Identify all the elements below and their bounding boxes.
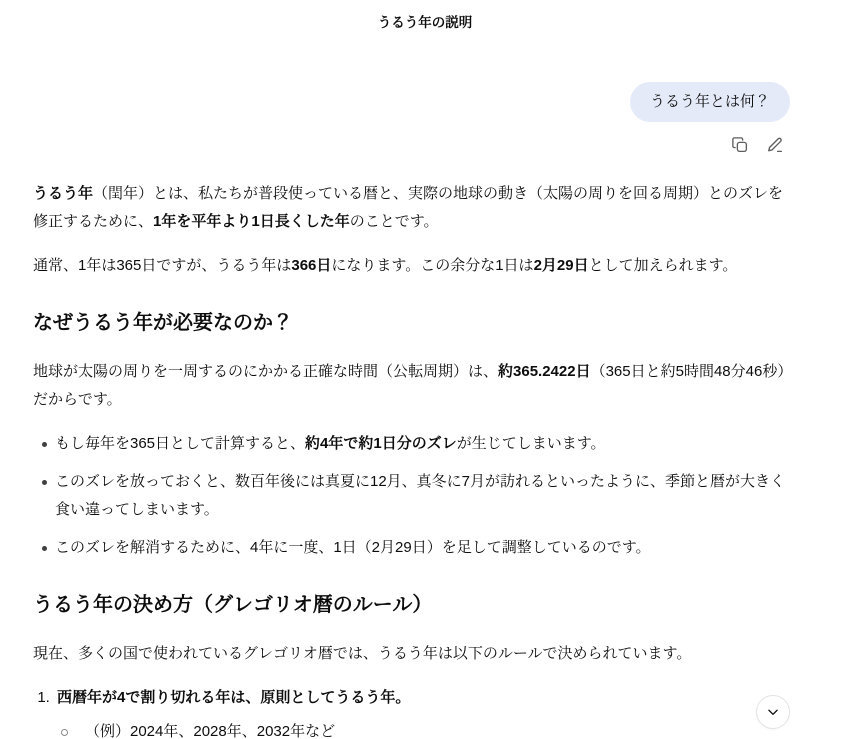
rule-text: 西暦年が4で割り切れる年は、原則としてうるう年。 <box>57 689 410 706</box>
numbered-rule-list: 西暦年が4で割り切れる年は、原則としてうるう年。 （例）2024年、2028年、… <box>33 684 790 739</box>
copy-button[interactable] <box>730 135 749 154</box>
conversation-header: うるう年の説明 <box>0 0 850 25</box>
assistant-paragraph: うるう年（閏年）とは、私たちが普段使っている暦と、実際の地球の動き（太陽の周りを… <box>33 180 790 236</box>
section-heading-why-needed: なぜうるう年が必要なのか？ <box>33 308 790 338</box>
edit-button[interactable] <box>765 135 784 154</box>
rule-example-list: （例）2024年、2028年、2032年など <box>57 718 790 739</box>
conversation-title: うるう年の説明 <box>0 11 850 31</box>
user-message-bubble: うるう年とは何？ <box>630 82 790 122</box>
section-heading-rules: うるう年の決め方（グレゴリオ暦のルール） <box>33 590 790 620</box>
rule-example-item: （例）2024年、2028年、2032年など <box>57 718 790 739</box>
copy-icon <box>731 136 749 154</box>
user-message-row: うるう年とは何？ <box>33 82 790 122</box>
chat-thread: うるう年とは何？ うるう年（閏年）とは、私たちが普段使っている暦と、実際の地球の… <box>33 82 790 739</box>
chevron-down-icon <box>766 705 780 719</box>
assistant-paragraph: 現在、多くの国で使われているグレゴリオ暦では、うるう年は以下のルールで決められて… <box>33 640 790 668</box>
scroll-to-bottom-button[interactable] <box>756 695 790 729</box>
assistant-message: うるう年（閏年）とは、私たちが普段使っている暦と、実際の地球の動き（太陽の周りを… <box>33 180 790 739</box>
list-item: このズレを解消するために、4年に一度、1日（2月29日）を足して調整しているので… <box>33 534 790 562</box>
bullet-list: もし毎年を365日として計算すると、約4年で約1日分のズレが生じてしまいます。 … <box>33 430 790 562</box>
assistant-paragraph: 地球が太陽の周りを一周するのにかかる正確な時間（公転周期）は、約365.2422… <box>33 358 790 414</box>
assistant-paragraph: 通常、1年は365日ですが、うるう年は366日になります。この余分な1日は2月2… <box>33 252 790 280</box>
edit-icon <box>766 136 784 154</box>
rule-item: 西暦年が4で割り切れる年は、原則としてうるう年。 （例）2024年、2028年、… <box>54 684 790 739</box>
message-actions <box>33 135 790 154</box>
list-item: もし毎年を365日として計算すると、約4年で約1日分のズレが生じてしまいます。 <box>33 430 790 458</box>
list-item: このズレを放っておくと、数百年後には真夏に12月、真冬に7月が訪れるといったよう… <box>33 468 790 524</box>
